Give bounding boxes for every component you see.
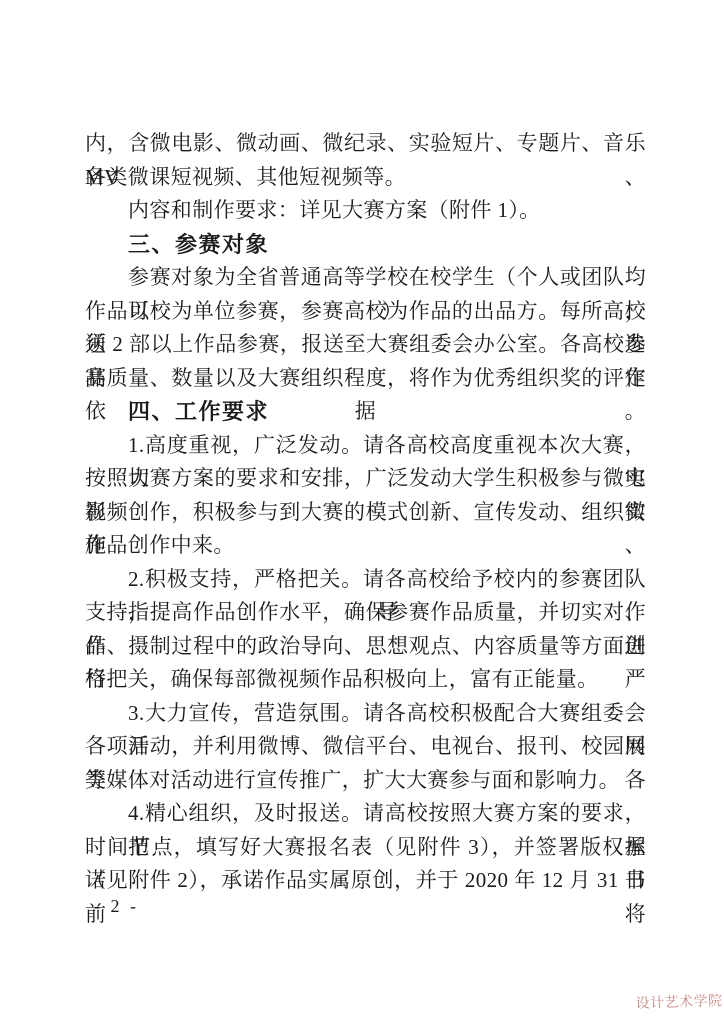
text-line: 参赛对象为全省普通高等学校在校学生（个人或团队均可）， — [85, 261, 646, 295]
text-line: 支持，提高作品创作水平，确保参赛作品质量，并切实对作品创 — [85, 596, 646, 630]
text-line: 2.积极支持，严格把关。请各高校给予校内的参赛团队指导、 — [85, 563, 646, 597]
text-line: 内容和制作要求：详见大赛方案（附件 1）。 — [85, 194, 646, 228]
document-page: 内，含微电影、微动画、微纪录、实验短片、专题片、音乐 MV、各类微课短视频、其他… — [0, 0, 724, 1024]
text-line: 视频创作，积极参与到大赛的模式创新、宣传发动、组织实施、 — [85, 496, 646, 530]
text-line: 4.精心组织，及时报送。请高校按照大赛方案的要求，把握 — [85, 797, 646, 831]
text-line: 各项活动，并利用微博、微信平台、电视台、报刊、校园网等各 — [85, 730, 646, 764]
text-line: 3.大力宣传，营造氛围。请各高校积极配合大赛组委会开展 — [85, 697, 646, 731]
text-line: 格把关，确保每部微视频作品积极向上，富有正能量。 — [85, 663, 646, 697]
page-number: - 2 - — [94, 896, 139, 917]
text-line: 送 2 部以上作品参赛，报送至大赛组委会办公室。各高校参赛作 — [85, 328, 646, 362]
watermark: 设计艺术学院 — [635, 990, 723, 1013]
text-line: 作品以校为单位参赛，参赛高校为作品的出品方。每所高校须选 — [85, 295, 646, 329]
text-line: 类媒体对活动进行宣传推广，扩大大赛参与面和影响力。 — [85, 764, 646, 798]
section-heading: 三、参赛对象 — [85, 228, 646, 262]
text-line: 品质量、数量以及大赛组织程度，将作为优秀组织奖的评定依据。 — [85, 362, 646, 396]
text-line: 按照大赛方案的要求和安排，广泛发动大学生积极参与微电影微 — [85, 462, 646, 496]
text-line: 作、摄制过程中的政治导向、思想观点、内容质量等方面进行严 — [85, 630, 646, 664]
text-line: 1.高度重视，广泛发动。请各高校高度重视本次大赛，切实 — [85, 429, 646, 463]
text-line: 时间节点，填写好大赛报名表（见附件 3），并签署版权承诺书 — [85, 831, 646, 865]
text-line: 内，含微电影、微动画、微纪录、实验短片、专题片、音乐 MV、 — [85, 127, 646, 161]
document-body: 内，含微电影、微动画、微纪录、实验短片、专题片、音乐 MV、各类微课短视频、其他… — [85, 127, 646, 898]
text-line: （见附件 2），承诺作品实属原创，并于 2020 年 12 月 31 日前将 — [85, 864, 646, 898]
